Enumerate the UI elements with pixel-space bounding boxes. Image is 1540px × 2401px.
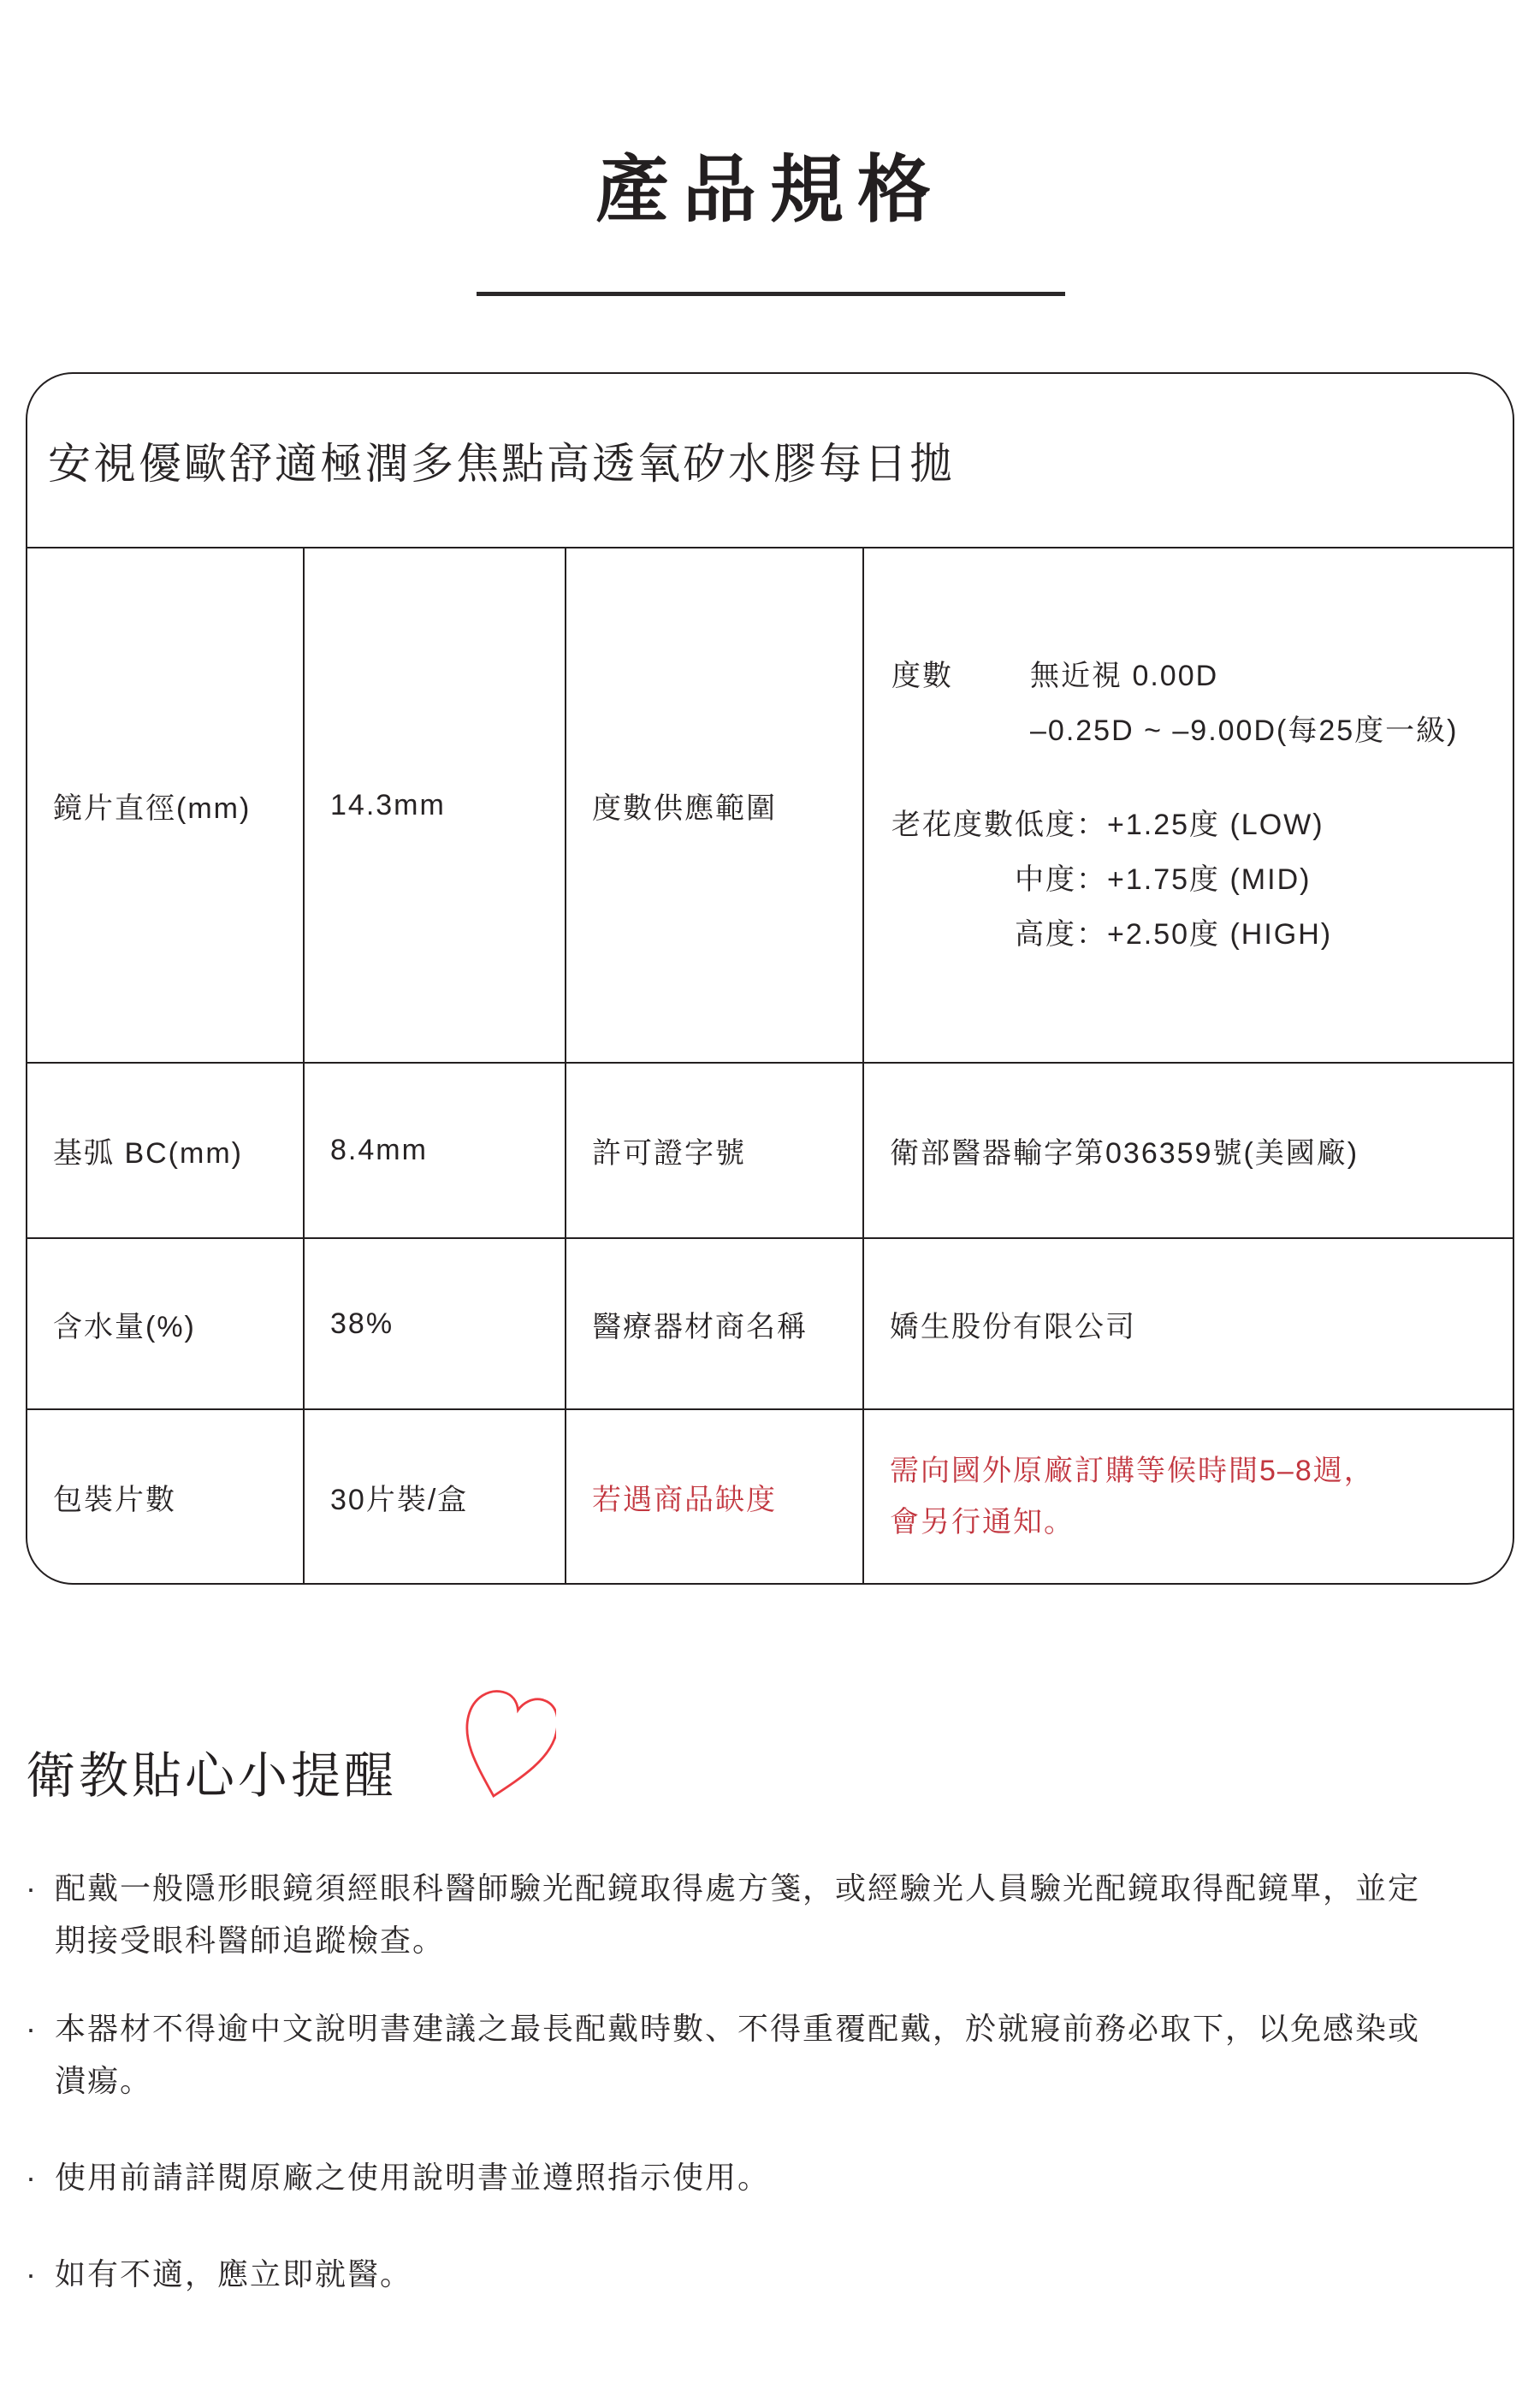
bullet-text-3: 使用前請詳閱原廠之使用說明書並遵照指示使用。	[55, 2151, 1511, 2203]
base-curve-value: 8.4mm	[330, 1134, 428, 1167]
reminder-heading: 衛教貼心小提醒	[26, 1735, 397, 1807]
presbyopia-label: 老花度數	[891, 797, 1015, 852]
shortage-value-cell: 需向國外原廠訂購等候時間5–8週， 會另行通知。	[862, 1408, 1513, 1583]
pack-count-value-cell: 30片裝/盒	[303, 1408, 565, 1583]
license-value-cell: 衛部醫器輸字第036359號(美國廠)	[862, 1062, 1513, 1237]
pack-count-label: 包裝片數	[53, 1476, 176, 1518]
diameter-value: 14.3mm	[330, 789, 446, 822]
presbyopia-value: 低度：+1.25度 (LOW) 中度：+1.75度 (MID) 高度：+2.50…	[1015, 797, 1332, 962]
power-range-label: 度數供應範圍	[592, 785, 777, 827]
base-curve-value-cell: 8.4mm	[303, 1062, 565, 1237]
spec-grid: 鏡片直徑(mm) 14.3mm 度數供應範圍 度數 無近視 0.00D –0.2…	[27, 548, 1513, 1583]
vendor-label-cell: 醫療器材商名稱	[565, 1237, 862, 1408]
title-underline	[477, 292, 1065, 296]
vendor-value-cell: 嬌生股份有限公司	[862, 1237, 1513, 1408]
list-item: · 使用前請詳閱原廠之使用說明書並遵照指示使用。	[26, 2151, 1511, 2203]
license-label-cell: 許可證字號	[565, 1062, 862, 1237]
product-name-header: 安視優歐舒適極潤多焦點高透氧矽水膠每日拋	[27, 374, 1513, 548]
reminder-bullets: · 配戴一般隱形眼鏡須經眼科醫師驗光配鏡取得處方箋，或經驗光人員驗光配鏡取得配鏡…	[26, 1862, 1511, 2336]
spec-table: 安視優歐舒適極潤多焦點高透氧矽水膠每日拋 鏡片直徑(mm) 14.3mm 度數供…	[26, 372, 1514, 1585]
bullet-dot: ·	[26, 2248, 55, 2300]
diameter-label-cell: 鏡片直徑(mm)	[27, 548, 303, 1062]
heart-icon	[457, 1684, 556, 1814]
degree-label: 度數	[891, 649, 1030, 703]
list-item: · 如有不適，應立即就醫。	[26, 2248, 1511, 2300]
water-content-value-cell: 38%	[303, 1237, 565, 1408]
bullet-dot: ·	[26, 2002, 55, 2107]
power-range-label-cell: 度數供應範圍	[565, 548, 862, 1062]
bullet-dot: ·	[26, 1862, 55, 1966]
list-item: · 本器材不得逾中文說明書建議之最長配戴時數、不得重覆配戴，於就寢前務必取下，以…	[26, 2002, 1511, 2107]
water-content-label-cell: 含水量(%)	[27, 1237, 303, 1408]
diameter-label: 鏡片直徑(mm)	[53, 785, 251, 827]
water-content-value: 38%	[330, 1307, 394, 1341]
pack-count-label-cell: 包裝片數	[27, 1408, 303, 1583]
page-title: 產品規格	[0, 130, 1540, 236]
shortage-label: 若遇商品缺度	[592, 1476, 777, 1518]
license-value: 衛部醫器輸字第036359號(美國廠)	[890, 1129, 1359, 1171]
vendor-value: 嬌生股份有限公司	[890, 1303, 1136, 1345]
water-content-label: 含水量(%)	[53, 1303, 196, 1345]
base-curve-label: 基弧 BC(mm)	[53, 1129, 243, 1171]
bullet-text-2: 本器材不得逾中文說明書建議之最長配戴時數、不得重覆配戴，於就寢前務必取下，以免感…	[55, 2002, 1511, 2107]
power-range-value-cell: 度數 無近視 0.00D –0.25D ~ –9.00D(每25度一級) 老花度…	[862, 548, 1513, 1062]
diameter-value-cell: 14.3mm	[303, 548, 565, 1062]
presbyopia-block: 老花度數 低度：+1.25度 (LOW) 中度：+1.75度 (MID) 高度：…	[891, 797, 1332, 962]
list-item: · 配戴一般隱形眼鏡須經眼科醫師驗光配鏡取得處方箋，或經驗光人員驗光配鏡取得配鏡…	[26, 1862, 1511, 1966]
pack-count-value: 30片裝/盒	[330, 1476, 468, 1518]
product-name: 安視優歐舒適極潤多焦點高透氧矽水膠每日拋	[48, 430, 955, 491]
bullet-dot: ·	[26, 2151, 55, 2203]
bullet-text-1: 配戴一般隱形眼鏡須經眼科醫師驗光配鏡取得處方箋，或經驗光人員驗光配鏡取得配鏡單，…	[55, 1862, 1511, 1966]
shortage-label-cell: 若遇商品缺度	[565, 1408, 862, 1583]
vendor-label: 醫療器材商名稱	[592, 1303, 808, 1345]
shortage-value: 需向國外原廠訂購等候時間5–8週， 會另行通知。	[890, 1445, 1375, 1548]
base-curve-label-cell: 基弧 BC(mm)	[27, 1062, 303, 1237]
degree-value: 無近視 0.00D –0.25D ~ –9.00D(每25度一級)	[1030, 649, 1458, 758]
bullet-text-4: 如有不適，應立即就醫。	[55, 2248, 1511, 2300]
license-label: 許可證字號	[592, 1129, 746, 1171]
degree-block: 度數 無近視 0.00D –0.25D ~ –9.00D(每25度一級)	[891, 649, 1458, 758]
